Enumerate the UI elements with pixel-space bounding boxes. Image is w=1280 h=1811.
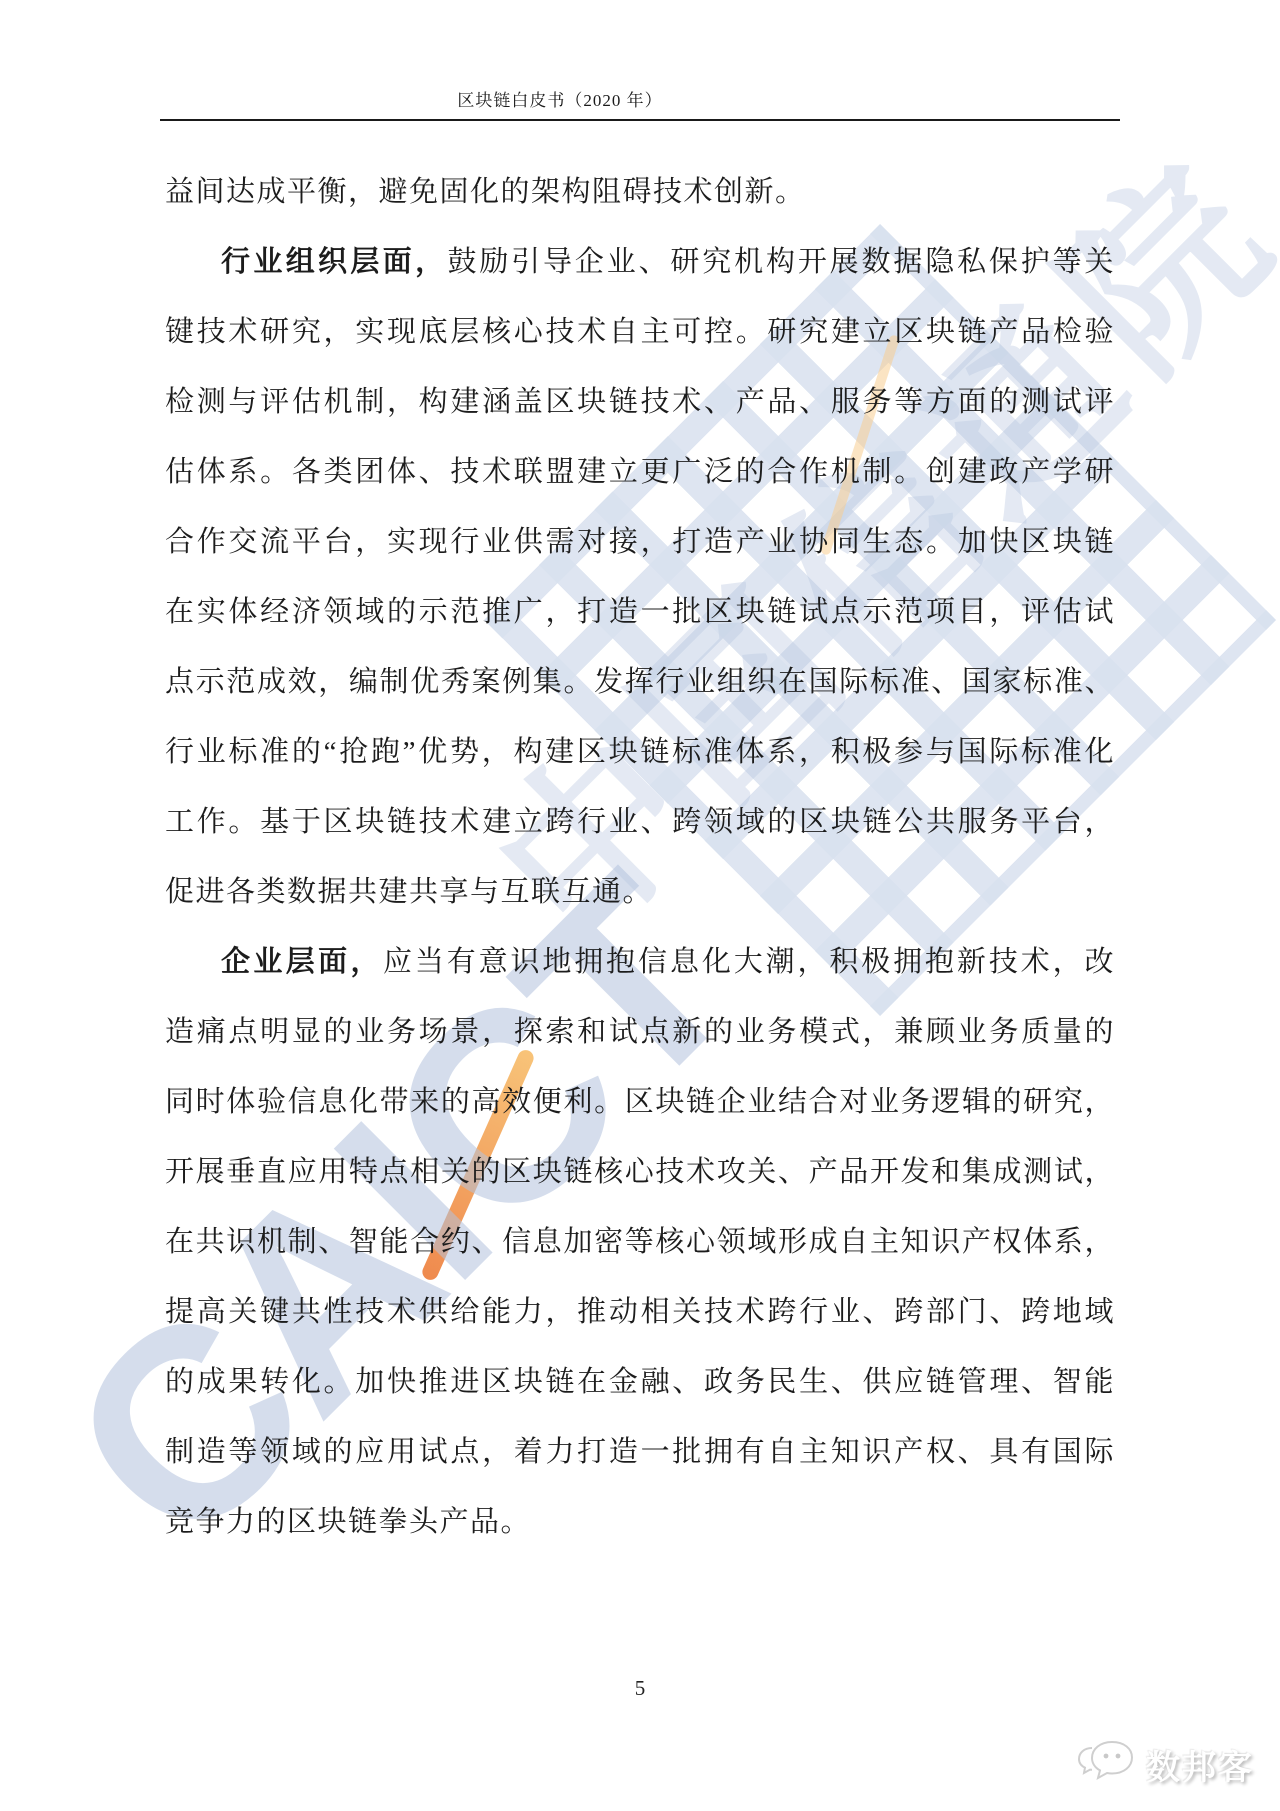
body-line: 益间达成平衡，避免固化的架构阻碍技术创新。 [165, 157, 1115, 227]
body-line: 工作。基于区块链技术建立跨行业、跨领域的区块链公共服务平台， [165, 787, 1115, 857]
body-line: 点示范成效，编制优秀案例集。发挥行业组织在国际标准、国家标准、 [165, 647, 1115, 717]
body-line: 造痛点明显的业务场景，探索和试点新的业务模式，兼顾业务质量的 [165, 997, 1115, 1067]
body-line: 键技术研究，实现底层核心技术自主可控。研究建立区块链产品检验 [165, 297, 1115, 367]
body-line: 在共识机制、智能合约、信息加密等核心领域形成自主知识产权体系， [165, 1207, 1115, 1277]
body-line: 在实体经济领域的示范推广，打造一批区块链试点示范项目，评估试 [165, 577, 1115, 647]
body-line: 同时体验信息化带来的高效便利。区块链企业结合对业务逻辑的研究， [165, 1067, 1115, 1137]
body-line: 估体系。各类团体、技术联盟建立更广泛的合作机制。创建政产学研 [165, 437, 1115, 507]
page-header-title: 区块链白皮书（2020 年） [160, 86, 960, 111]
brand-watermark: 数邦客 [1078, 1740, 1254, 1789]
body-line: 企业层面，应当有意识地拥抱信息化大潮，积极拥抱新技术，改 [165, 927, 1115, 997]
page-number: 5 [160, 1676, 1120, 1701]
body-line: 检测与评估机制，构建涵盖区块链技术、产品、服务等方面的测试评 [165, 367, 1115, 437]
body-line: 的成果转化。加快推进区块链在金融、政务民生、供应链管理、智能 [165, 1347, 1115, 1417]
body-line: 促进各类数据共建共享与互联互通。 [165, 857, 1115, 927]
chat-bubbles-icon [1078, 1740, 1136, 1789]
paragraph-lead: 企业层面， [221, 946, 383, 978]
body-text: 益间达成平衡，避免固化的架构阻碍技术创新。行业组织层面，鼓励引导企业、研究机构开… [165, 157, 1115, 1557]
body-line: 竞争力的区块链拳头产品。 [165, 1487, 1115, 1557]
body-line: 行业标准的“抢跑”优势，构建区块链标准体系，积极参与国际标准化 [165, 717, 1115, 787]
document-page: 中国信通院 CAICT 区块链白皮书（2020 年） 益间达成平衡，避免固化的架… [0, 0, 1280, 1811]
body-line: 开展垂直应用特点相关的区块链核心技术攻关、产品开发和集成测试， [165, 1137, 1115, 1207]
body-line: 合作交流平台，实现行业供需对接，打造产业协同生态。加快区块链 [165, 507, 1115, 577]
brand-name: 数邦客 [1146, 1740, 1254, 1789]
body-line: 制造等领域的应用试点，着力打造一批拥有自主知识产权、具有国际 [165, 1417, 1115, 1487]
body-line: 提高关键共性技术供给能力，推动相关技术跨行业、跨部门、跨地域 [165, 1277, 1115, 1347]
header-rule [160, 119, 1120, 121]
paragraph-lead: 行业组织层面， [221, 246, 447, 278]
body-line: 行业组织层面，鼓励引导企业、研究机构开展数据隐私保护等关 [165, 227, 1115, 297]
